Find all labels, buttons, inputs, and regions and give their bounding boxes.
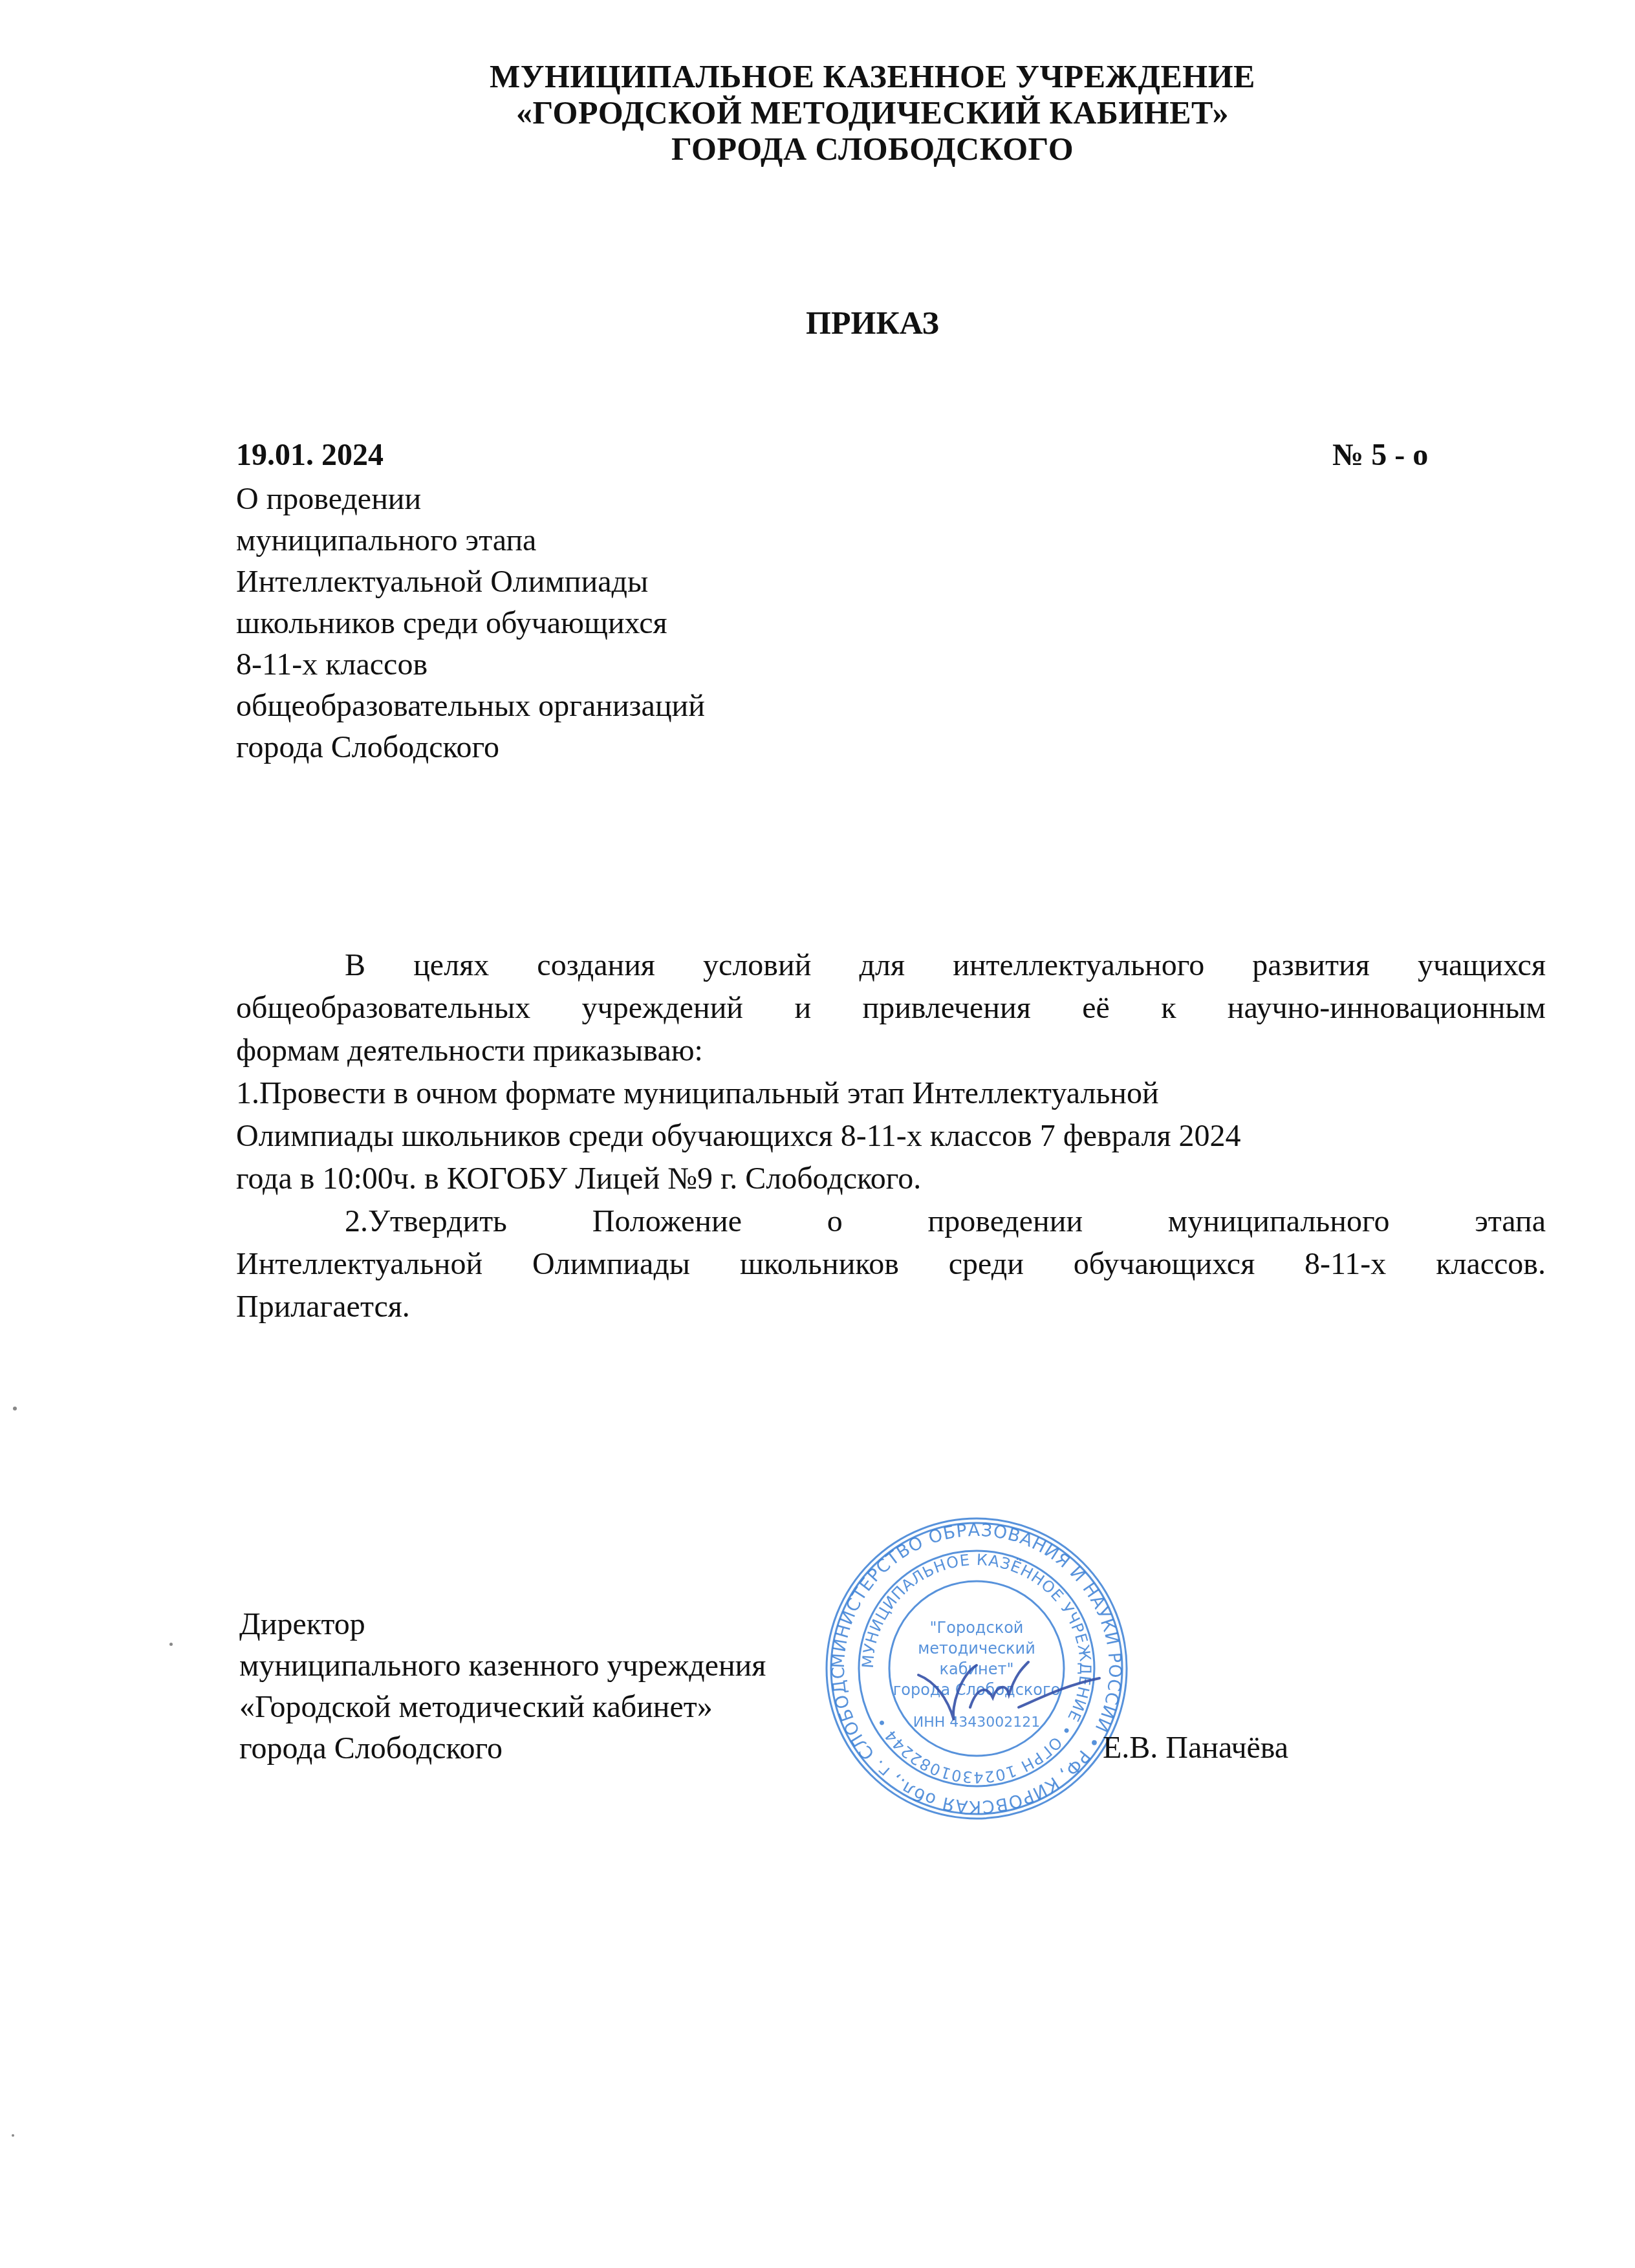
header-line: «ГОРОДСКОЙ МЕТОДИЧЕСКИЙ КАБИНЕТ»: [110, 94, 1635, 131]
item2-line: Прилагается.: [236, 1286, 1546, 1328]
item1-line: Олимпиады школьников среди обучающихся 8…: [236, 1115, 1546, 1158]
document-page: МУНИЦИПАЛЬНОЕ КАЗЕННОЕ УЧРЕЖДЕНИЕ «ГОРОД…: [0, 0, 1635, 2268]
header-line: ГОРОДА СЛОБОДСКОГО: [110, 131, 1635, 167]
preamble-line: формам деятельности приказываю:: [236, 1030, 1546, 1072]
subject-line: города Слободского: [236, 727, 705, 768]
item2-line: Интеллектуальной Олимпиады школьников ср…: [236, 1243, 1546, 1286]
official-stamp-icon: МИНИСТЕРСТВО ОБРАЗОВАНИЯ И НАУКИ РОССИИ …: [821, 1513, 1132, 1824]
item2-line: 2.Утвердить Положение о проведении муниц…: [236, 1200, 1546, 1243]
signature-line: муниципального казенного учреждения: [239, 1645, 766, 1687]
order-body: В целях создания условий для интеллектуа…: [236, 944, 1546, 1328]
signature-line: Директор: [239, 1604, 766, 1645]
scan-speck: [12, 2134, 14, 2137]
item1-line: года в 10:00ч. в КОГОБУ Лицей №9 г. Слоб…: [236, 1158, 1546, 1200]
header-line: МУНИЦИПАЛЬНОЕ КАЗЕННОЕ УЧРЕЖДЕНИЕ: [110, 58, 1635, 94]
preamble-line: В целях создания условий для интеллектуа…: [236, 944, 1546, 987]
order-number: № 5 - о: [1332, 437, 1428, 473]
document-title: ПРИКАЗ: [110, 304, 1635, 341]
subject-line: муниципального этапа: [236, 520, 705, 561]
subject-line: общеобразовательных организаций: [236, 686, 705, 727]
signer-name: Е.В. Паначёва: [1103, 1730, 1288, 1766]
subject-line: О проведении: [236, 479, 705, 520]
subject-line: 8-11-х классов: [236, 644, 705, 686]
stamp-inn: ИНН 4343002121: [913, 1714, 1041, 1731]
subject-line: школьников среди обучающихся: [236, 603, 705, 644]
signature-line: «Городской методический кабинет»: [239, 1687, 766, 1728]
scan-speck: [169, 1643, 173, 1646]
stamp-center-line: методический: [918, 1639, 1035, 1658]
stamp-center-line: кабинет": [939, 1660, 1013, 1678]
scan-speck: [13, 1407, 17, 1410]
subject-line: Интеллектуальной Олимпиады: [236, 561, 705, 603]
organization-header: МУНИЦИПАЛЬНОЕ КАЗЕННОЕ УЧРЕЖДЕНИЕ «ГОРОД…: [0, 58, 1635, 167]
order-subject: О проведении муниципального этапа Интелл…: [236, 479, 705, 768]
item1-line: 1.Провести в очном формате муниципальный…: [236, 1072, 1546, 1115]
signature-line: города Слободского: [239, 1728, 766, 1769]
signature-block: Директор муниципального казенного учрежд…: [239, 1604, 766, 1769]
order-date: 19.01. 2024: [236, 437, 384, 473]
preamble-line: общеобразовательных учреждений и привлеч…: [236, 987, 1546, 1030]
stamp-center-line: "Городской: [930, 1619, 1024, 1637]
